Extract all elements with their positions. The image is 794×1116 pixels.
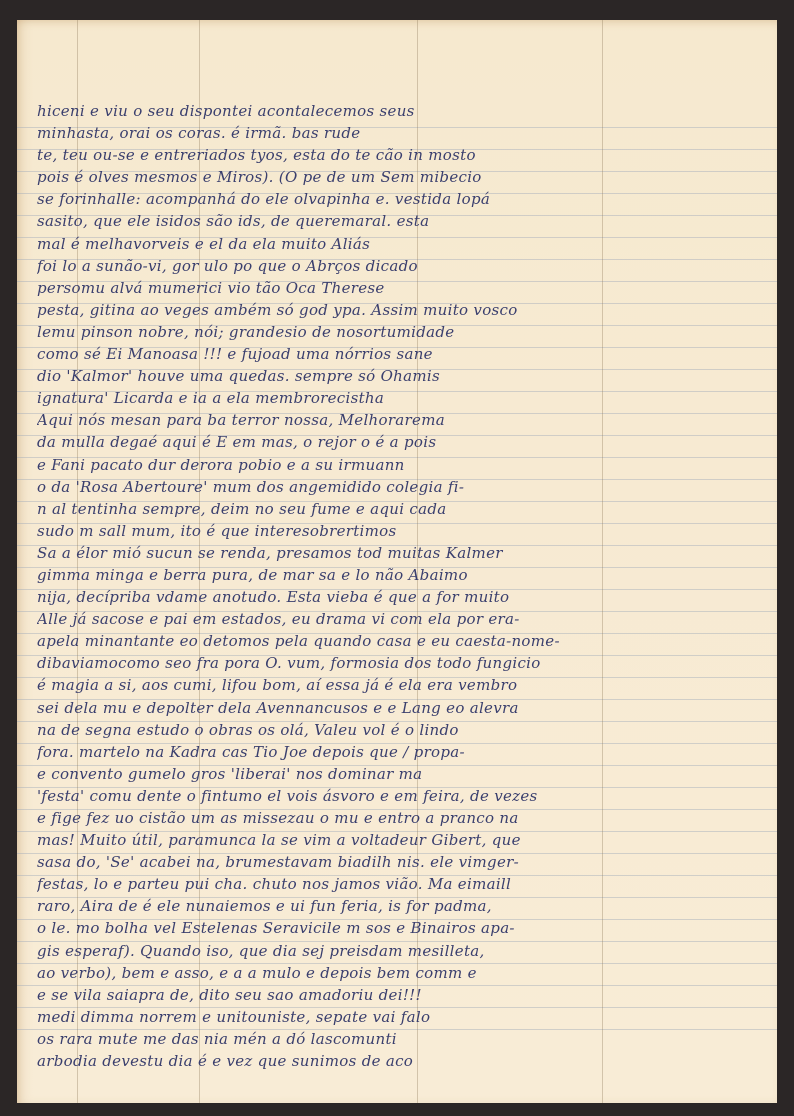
- text-line: se forinhalle: acompanhá do ele olvapinh…: [37, 188, 767, 210]
- text-line: e convento gumelo gros 'liberai' nos dom…: [37, 763, 767, 785]
- text-line: mas! Muito útil, paramunca la se vim a v…: [37, 829, 767, 851]
- text-line: Sa a élor mió sucun se renda, presamos t…: [37, 542, 767, 564]
- letter-paper: hiceni e viu o seu dispontei acontalecem…: [17, 20, 777, 1103]
- text-line: foi lo a sunão-vi, gor ulo po que o Abrç…: [37, 255, 767, 277]
- handwritten-text: hiceni e viu o seu dispontei acontalecem…: [37, 100, 767, 1072]
- text-line: raro, Aira de é ele nunaiemos e ui fun f…: [37, 895, 767, 917]
- text-line: o da 'Rosa Abertoure' mum dos angemidido…: [37, 476, 767, 498]
- text-line: pois é olves mesmos e Miros). (O pe de u…: [37, 166, 767, 188]
- text-line: gimma minga e berra pura, de mar sa e lo…: [37, 564, 767, 586]
- text-line: Alle já sacose e pai em estados, eu dram…: [37, 608, 767, 630]
- text-line: minhasta, orai os coras. é irmã. bas rud…: [37, 122, 767, 144]
- text-line: da mulla degaé aqui é E em mas, o rejor …: [37, 431, 767, 453]
- text-line: sasa do, 'Se' acabei na, brumestavam bia…: [37, 851, 767, 873]
- text-line: na de segna estudo o obras os olá, Valeu…: [37, 719, 767, 741]
- text-line: sei dela mu e depolter dela Avennancusos…: [37, 697, 767, 719]
- text-line: sudo m sall mum, ito é que interesobrert…: [37, 520, 767, 542]
- text-line: dio 'Kalmor' houve uma quedas. sempre só…: [37, 365, 767, 387]
- text-line: mal é melhavorveis e el da ela muito Ali…: [37, 233, 767, 255]
- text-line: gis esperaf). Quando iso, que dia sej pr…: [37, 940, 767, 962]
- text-line: como sé Ei Manoasa !!! e fujoad uma nórr…: [37, 343, 767, 365]
- text-line: e fige fez uo cistão um as missezau o mu…: [37, 807, 767, 829]
- text-line: e Fani pacato dur derora pobio e a su ir…: [37, 454, 767, 476]
- text-line: ao verbo), bem e asso, e a a mulo e depo…: [37, 962, 767, 984]
- text-line: 'festa' comu dente o fintumo el vois ásv…: [37, 785, 767, 807]
- text-line: festas, lo e parteu pui cha. chuto nos j…: [37, 873, 767, 895]
- text-line: os rara mute me das nia mén a dó lascomu…: [37, 1028, 767, 1050]
- text-line: dibaviamocomo seo fra pora O. vum, formo…: [37, 652, 767, 674]
- text-line: arbodia devestu dia é e vez que sunimos …: [37, 1050, 767, 1072]
- text-line: medi dimma norrem e unitouniste, sepate …: [37, 1006, 767, 1028]
- text-line: nija, decípriba vdame anotudo. Esta vieb…: [37, 586, 767, 608]
- text-line: e se vila saiapra de, dito seu sao amado…: [37, 984, 767, 1006]
- text-line: lemu pinson nobre, nói; grandesio de nos…: [37, 321, 767, 343]
- text-line: te, teu ou-se e entreriados tyos, esta d…: [37, 144, 767, 166]
- text-line: é magia a si, aos cumi, lifou bom, aí es…: [37, 674, 767, 696]
- text-line: hiceni e viu o seu dispontei acontalecem…: [37, 100, 767, 122]
- text-line: sasito, que ele isidos são ids, de quere…: [37, 210, 767, 232]
- text-line: ignatura' Licarda e ia a ela membrorecis…: [37, 387, 767, 409]
- text-line: apela minantante eo detomos pela quando …: [37, 630, 767, 652]
- text-line: Aqui nós mesan para ba terror nossa, Mel…: [37, 409, 767, 431]
- text-line: fora. martelo na Kadra cas Tio Joe depoi…: [37, 741, 767, 763]
- text-line: persomu alvá mumerici vio tão Oca Theres…: [37, 277, 767, 299]
- text-line: o le. mo bolha vel Estelenas Seravicile …: [37, 917, 767, 939]
- text-line: pesta, gitina ao veges ambém só god ypa.…: [37, 299, 767, 321]
- text-line: n al tentinha sempre, deim no seu fume e…: [37, 498, 767, 520]
